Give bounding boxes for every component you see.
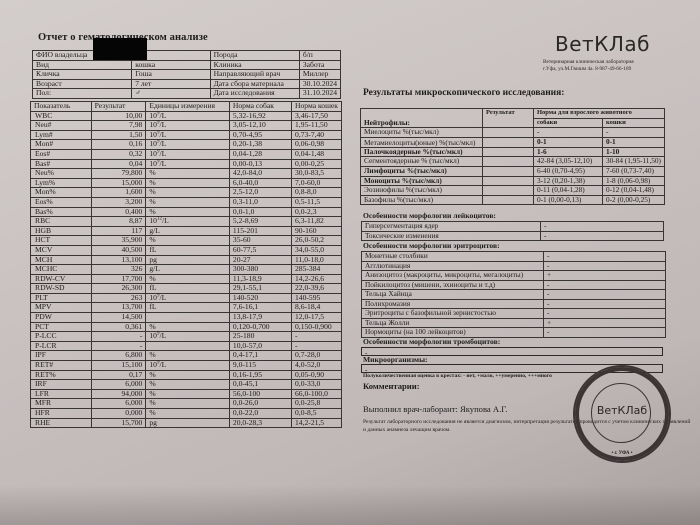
unit-base: % bbox=[149, 398, 155, 407]
dog-norm: - bbox=[533, 128, 602, 138]
lab-logo: ВетКЛаб bbox=[555, 32, 650, 56]
unit: % bbox=[146, 274, 230, 284]
cat-norm: 30,0-83,5 bbox=[292, 169, 342, 179]
result-value: 6,000 bbox=[91, 380, 146, 390]
micro-row: Метамиелоциты(юные) %(тыс/мкл)0-10-1 bbox=[361, 137, 665, 147]
dog-norm: 13,8-17,9 bbox=[229, 313, 291, 323]
morphology-value: - bbox=[541, 231, 664, 241]
unit-tail: /L bbox=[159, 149, 166, 158]
cell-result bbox=[482, 195, 533, 205]
dog-norm: 29,1-55,1 bbox=[229, 284, 291, 294]
table-row: Eos%3,200%0,3-11,00,5-11,5 bbox=[31, 197, 342, 207]
cell-type: Метамиелоциты(юные) %(тыс/мкл) bbox=[361, 137, 483, 147]
dog-norm: 0-11 (0,04-1,28) bbox=[533, 186, 602, 196]
unit-tail: /L bbox=[159, 293, 166, 302]
unit: 109/L bbox=[146, 159, 230, 169]
unit-base: 10 bbox=[149, 130, 157, 139]
cat-norm: 26,0-50,2 bbox=[292, 236, 342, 246]
dog-norm: 20,0-28,3 bbox=[229, 418, 291, 428]
micro-row: Базофилы %(тыс/мкл)0-1 (0,00-0,13)0-2 (0… bbox=[361, 195, 665, 205]
table-row: Neu%79,800%42,0-84,030,0-83,5 bbox=[31, 169, 342, 179]
result-value: 35,900 bbox=[91, 236, 146, 246]
info-row: Пол:♂Дата исследования31.10.2024 bbox=[33, 89, 341, 99]
indicator-name: HCT bbox=[31, 236, 92, 246]
cat-norm: 0-12 (0,04-1,48) bbox=[602, 186, 664, 196]
lab-address: г.Уфа, ул.М.Гвишм 4а. 8-987-49-66-189 bbox=[543, 66, 634, 73]
unit-base: % bbox=[149, 207, 155, 216]
cat-norm: 285-384 bbox=[292, 265, 342, 275]
platelet-morphology-title: Особенности морфологии тромбоцитов: bbox=[363, 337, 500, 346]
lab-subtitle-line1: Ветеринарная клиническая лаборатория bbox=[543, 59, 634, 66]
cell-result bbox=[482, 186, 533, 196]
logo-text: ВетКЛаб bbox=[555, 32, 650, 56]
cell-type: Базофилы %(тыс/мкл) bbox=[361, 195, 483, 205]
unit: 109/L bbox=[146, 293, 230, 303]
info-value: Гоша bbox=[132, 70, 210, 80]
cell-type: Миелоциты %(тыс/мкл) bbox=[361, 128, 483, 138]
morphology-value: - bbox=[544, 280, 666, 290]
erythrocyte-morphology-table: Монетные столбики-Агглютинация-Анизоцито… bbox=[361, 251, 666, 338]
result-value: 0,32 bbox=[91, 149, 146, 159]
indicator-name: Eos% bbox=[31, 197, 92, 207]
morphology-feature: Анизоцитоз (макроциты, микроциты, мегало… bbox=[362, 271, 544, 281]
indicator-name: PDW bbox=[31, 313, 92, 323]
unit: % bbox=[146, 178, 230, 188]
morphology-value: - bbox=[544, 290, 666, 300]
cat-norm: 0,150-0,900 bbox=[292, 322, 342, 332]
header-result: Результат bbox=[91, 102, 146, 112]
unit-tail: /L bbox=[162, 216, 169, 225]
cat-norm: 0-1 bbox=[602, 137, 664, 147]
unit: % bbox=[146, 409, 230, 419]
dog-norm: 42,0-84,0 bbox=[229, 169, 291, 179]
table-row: MCV40,500fL60-77,534,0-55,0 bbox=[31, 245, 342, 255]
unit: g/L bbox=[146, 226, 230, 236]
table-row: RDW-SD26,300fL29,1-55,122,0-39,6 bbox=[31, 284, 342, 294]
morphology-feature: Нормоциты (на 100 лейкоцитов) bbox=[362, 328, 544, 338]
unit-base: pg bbox=[149, 255, 157, 264]
table-header-row: Показатель Результат Единицы измерения Н… bbox=[31, 102, 342, 112]
info-value: ♂ bbox=[132, 89, 210, 99]
unit-base: % bbox=[149, 235, 155, 244]
morphology-feature: Монетные столбики bbox=[362, 252, 544, 262]
morphology-value: + bbox=[544, 271, 666, 281]
unit: % bbox=[146, 370, 230, 380]
unit: % bbox=[146, 380, 230, 390]
info-row: ВидкошкаКлиникаЗабота bbox=[33, 60, 341, 70]
table-row: Neu#7,98109/L3,05-12,101,95-11,50 bbox=[31, 121, 342, 131]
unit-base: 10 bbox=[149, 159, 157, 168]
info-label: Порода bbox=[210, 51, 299, 61]
morphology-row: Монетные столбики- bbox=[362, 252, 666, 262]
unit-base: g/L bbox=[149, 226, 160, 235]
unit-base: % bbox=[149, 322, 155, 331]
patient-info-table: ФИО владельцаПородаб/пВидкошкаКлиникаЗаб… bbox=[32, 50, 341, 99]
table-row: HCT35,900%35-6026,0-50,2 bbox=[31, 236, 342, 246]
morphology-feature: Токсические изменения bbox=[362, 231, 541, 241]
leukocyte-morphology-title: Особенности морфологии лейкоцитов: bbox=[363, 211, 496, 220]
indicator-name: MCV bbox=[31, 245, 92, 255]
micro-row: Миелоциты %(тыс/мкл)-- bbox=[361, 128, 665, 138]
microscopy-table: Нейтрофилы: Результат Норма для взрослог… bbox=[360, 108, 665, 205]
cat-norm: 0,04-1,48 bbox=[292, 149, 342, 159]
table-row: RET#15,100109/L9,0-1154,0-52,0 bbox=[31, 361, 342, 371]
indicator-name: HFR bbox=[31, 409, 92, 419]
morphology-feature: Эритроциты с базофильной зернистостью bbox=[362, 309, 544, 319]
unit-base: g/L bbox=[149, 264, 160, 273]
cat-norm: 0,0-8,5 bbox=[292, 409, 342, 419]
unit bbox=[146, 341, 230, 351]
header-neutrophils: Нейтрофилы: bbox=[361, 109, 483, 128]
dog-norm: 0-1 bbox=[533, 137, 602, 147]
unit: g/L bbox=[146, 265, 230, 275]
dog-norm: 60-77,5 bbox=[229, 245, 291, 255]
table-row: Mon%1,600%2,5-12,00,8-8,0 bbox=[31, 188, 342, 198]
cat-norm: 0,8-8,0 bbox=[292, 188, 342, 198]
info-value: 31.10.2024 bbox=[299, 89, 340, 99]
cell-result bbox=[482, 128, 533, 138]
header-cat-norm: Норма кошек bbox=[292, 102, 342, 112]
result-value: 3,200 bbox=[91, 197, 146, 207]
unit: % bbox=[146, 169, 230, 179]
result-value: 8,87 bbox=[91, 217, 146, 227]
unit-tail: /L bbox=[159, 130, 166, 139]
table-row: HFR0,000%0,0-22,00,0-8,5 bbox=[31, 409, 342, 419]
unit-base: 10 bbox=[149, 293, 157, 302]
indicator-name: Eos# bbox=[31, 149, 92, 159]
erythrocyte-morphology-title: Особенности морфологии эритроцитов: bbox=[363, 241, 500, 250]
result-value: 14,500 bbox=[91, 313, 146, 323]
cat-norm: 22,0-39,6 bbox=[292, 284, 342, 294]
cat-norm: 34,0-55,0 bbox=[292, 245, 342, 255]
unit: 109/L bbox=[146, 149, 230, 159]
morphology-row: Эритроциты с базофильной зернистостью- bbox=[362, 309, 666, 319]
cat-norm: - bbox=[292, 332, 342, 342]
info-label: Кличка bbox=[33, 70, 132, 80]
unit-base: % bbox=[149, 370, 155, 379]
result-value: 40,500 bbox=[91, 245, 146, 255]
cat-norm: 1,95-11,50 bbox=[292, 121, 342, 131]
cat-norm: 6,3-11,82 bbox=[292, 217, 342, 227]
unit: % bbox=[146, 188, 230, 198]
dog-norm: 0-1 (0,00-0,13) bbox=[533, 195, 602, 205]
unit: fL bbox=[146, 303, 230, 313]
result-value: 0,361 bbox=[91, 322, 146, 332]
morphology-feature: Тельца Хайнца bbox=[362, 290, 544, 300]
page-shadow bbox=[0, 485, 700, 525]
redacted-owner-name bbox=[93, 38, 147, 60]
dog-norm: 9,0-115 bbox=[229, 361, 291, 371]
unit-tail: /L bbox=[159, 111, 166, 120]
unit: fL bbox=[146, 284, 230, 294]
cell-result bbox=[482, 176, 533, 186]
stamp-logo-text: ВетКЛаб bbox=[575, 404, 669, 417]
dog-norm: 6-40 (0,70-4,95) bbox=[533, 166, 602, 176]
morphology-row: Токсические изменения- bbox=[362, 231, 664, 241]
info-row: ФИО владельцаПородаб/п bbox=[33, 51, 341, 61]
unit-base: pg bbox=[149, 418, 157, 427]
micro-header-row-1: Нейтрофилы: Результат Норма для взрослог… bbox=[361, 109, 665, 119]
dog-norm: 0,04-1,28 bbox=[229, 149, 291, 159]
cat-norm: 7-60 (0,73-7,40) bbox=[602, 166, 664, 176]
morphology-feature: Гиперсегментация ядер bbox=[362, 222, 541, 232]
lab-stamp: ВетКЛаб • г. УФА • bbox=[573, 365, 671, 463]
header-norm: Норма для взрослого животного bbox=[533, 109, 664, 119]
indicator-name: MCHC bbox=[31, 265, 92, 275]
table-row: Eos#0,32109/L0,04-1,280,04-1,48 bbox=[31, 149, 342, 159]
unit: % bbox=[146, 236, 230, 246]
cat-norm: 0-2 (0,00-0,25) bbox=[602, 195, 664, 205]
morphology-value: - bbox=[544, 309, 666, 319]
result-value: 326 bbox=[91, 265, 146, 275]
dog-norm: 5,2-8,69 bbox=[229, 217, 291, 227]
unit-base: % bbox=[149, 168, 155, 177]
unit-tail: /L bbox=[159, 120, 166, 129]
morphology-row: Тельца Хайнца- bbox=[362, 290, 666, 300]
unit-base: fL bbox=[149, 245, 156, 254]
unit-base: 10 bbox=[149, 111, 157, 120]
result-value: - bbox=[91, 332, 146, 342]
unit-base: 10 bbox=[149, 139, 157, 148]
table-row: PDW14,50013,8-17,912,0-17,5 bbox=[31, 313, 342, 323]
morphology-value: - bbox=[544, 261, 666, 271]
indicator-name: RET# bbox=[31, 361, 92, 371]
table-row: RHE15,700pg20,0-28,314,2-21,5 bbox=[31, 418, 342, 428]
result-value: 79,800 bbox=[91, 169, 146, 179]
unit-tail: /L bbox=[159, 139, 166, 148]
dog-norm: 0,0-22,0 bbox=[229, 409, 291, 419]
dog-norm: 2,5-12,0 bbox=[229, 188, 291, 198]
info-label: Дата исследования bbox=[210, 89, 299, 99]
morphology-value: - bbox=[544, 328, 666, 338]
result-value: 26,300 bbox=[91, 284, 146, 294]
unit: 109/L bbox=[146, 121, 230, 131]
morphology-value: - bbox=[544, 299, 666, 309]
cat-norm: 0,5-11,5 bbox=[292, 197, 342, 207]
unit-base: % bbox=[149, 379, 155, 388]
unit: % bbox=[146, 389, 230, 399]
dog-norm: 0,3-11,0 bbox=[229, 197, 291, 207]
unit-base: % bbox=[149, 274, 155, 283]
info-value: Миллер bbox=[299, 70, 340, 80]
dog-norm: 35-60 bbox=[229, 236, 291, 246]
leukocyte-morphology-table: Гиперсегментация ядер-Токсические измене… bbox=[361, 221, 664, 241]
cell-result bbox=[482, 137, 533, 147]
morphology-row: Гиперсегментация ядер- bbox=[362, 222, 664, 232]
info-value: 7 лет bbox=[132, 79, 210, 89]
unit-base: % bbox=[149, 389, 155, 398]
table-row: RBC8,871012/L5,2-8,696,3-11,82 bbox=[31, 217, 342, 227]
header-cats: кошки bbox=[602, 118, 664, 128]
comments-title: Комментарии: bbox=[363, 381, 420, 391]
result-value: 1,600 bbox=[91, 188, 146, 198]
hematology-results-table: Показатель Результат Единицы измерения Н… bbox=[30, 101, 342, 428]
report-page: Отчет о гематологическом анализе ФИО вла… bbox=[0, 0, 700, 525]
unit-base: % bbox=[149, 408, 155, 417]
cell-result bbox=[482, 157, 533, 167]
result-value: 15,100 bbox=[91, 361, 146, 371]
dog-norm: 25-180 bbox=[229, 332, 291, 342]
unit: % bbox=[146, 399, 230, 409]
result-value: 7,98 bbox=[91, 121, 146, 131]
indicator-name: Mon% bbox=[31, 188, 92, 198]
microscopy-title: Результаты микроскопического исследовани… bbox=[363, 88, 564, 98]
morphology-value: - bbox=[544, 252, 666, 262]
cat-norm: 14,2-21,5 bbox=[292, 418, 342, 428]
unit: 109/L bbox=[146, 332, 230, 342]
indicator-name: IRF bbox=[31, 380, 92, 390]
result-value: 0,000 bbox=[91, 409, 146, 419]
morphology-row: Нормоциты (на 100 лейкоцитов)- bbox=[362, 328, 666, 338]
info-label: Пол: bbox=[33, 89, 132, 99]
unit-tail: /L bbox=[159, 159, 166, 168]
header-units: Единицы измерения bbox=[146, 102, 230, 112]
micro-row: Эозинофилы %(тыс/мкл)0-11 (0,04-1,28)0-1… bbox=[361, 186, 665, 196]
morphology-value: - bbox=[541, 222, 664, 232]
cat-norm: 0,0-33,0 bbox=[292, 380, 342, 390]
morphology-row: Анизоцитоз (макроциты, микроциты, мегало… bbox=[362, 271, 666, 281]
cat-norm: 4,0-52,0 bbox=[292, 361, 342, 371]
header-dogs: собаки bbox=[533, 118, 602, 128]
microorganisms-title: Микроорганизмы: bbox=[363, 355, 428, 364]
indicator-name: Neu% bbox=[31, 169, 92, 179]
unit-base: 10 bbox=[149, 149, 157, 158]
cell-result bbox=[482, 166, 533, 176]
unit-base: 10 bbox=[149, 331, 157, 340]
unit-base: % bbox=[149, 350, 155, 359]
unit bbox=[146, 313, 230, 323]
lab-subtitle: Ветеринарная клиническая лаборатория г.У… bbox=[543, 59, 634, 73]
semiquant-note: Полуколичественная оценка в крестах: - н… bbox=[363, 373, 552, 379]
performer: Выполнил врач-лаборант: Якупова А.Г. bbox=[363, 404, 507, 414]
cat-norm: 12,0-17,5 bbox=[292, 313, 342, 323]
unit-base: % bbox=[149, 197, 155, 206]
unit: pg bbox=[146, 418, 230, 428]
unit: 109/L bbox=[146, 361, 230, 371]
header-indicator: Показатель bbox=[31, 102, 92, 112]
dog-norm: 3,05-12,10 bbox=[229, 121, 291, 131]
table-row: IRF6,000%0,0-45,10,0-33,0 bbox=[31, 380, 342, 390]
table-row: P-LCC-109/L25-180- bbox=[31, 332, 342, 342]
indicator-name: P-LCC bbox=[31, 332, 92, 342]
morphology-value: + bbox=[544, 318, 666, 328]
unit: % bbox=[146, 207, 230, 217]
indicator-name: RDW-SD bbox=[31, 284, 92, 294]
unit-base: 10 bbox=[149, 216, 157, 225]
unit-tail: /L bbox=[159, 360, 166, 369]
unit-base: 10 bbox=[149, 120, 157, 129]
dog-norm: 300-380 bbox=[229, 265, 291, 275]
unit: % bbox=[146, 197, 230, 207]
info-value: б/п bbox=[299, 51, 340, 61]
indicator-name: RHE bbox=[31, 418, 92, 428]
unit-base: fL bbox=[149, 302, 156, 311]
info-row: Возраст7 летДата сбора материала30.10.20… bbox=[33, 79, 341, 89]
cell-result bbox=[482, 147, 533, 157]
cat-norm: - bbox=[602, 128, 664, 138]
unit-base: % bbox=[149, 187, 155, 196]
result-value: 15,700 bbox=[91, 418, 146, 428]
indicator-name: Neu# bbox=[31, 121, 92, 131]
dog-norm: 0,0-45,1 bbox=[229, 380, 291, 390]
unit-base: fL bbox=[149, 283, 156, 292]
unit-tail: /L bbox=[159, 331, 166, 340]
indicator-name: RBC bbox=[31, 217, 92, 227]
info-row: КличкаГошаНаправляющий врачМиллер bbox=[33, 70, 341, 80]
info-label: Направляющий врач bbox=[210, 70, 299, 80]
unit: fL bbox=[146, 245, 230, 255]
table-row: MCHC326g/L300-380285-384 bbox=[31, 265, 342, 275]
header-result: Результат bbox=[482, 109, 533, 128]
cell-type: Эозинофилы %(тыс/мкл) bbox=[361, 186, 483, 196]
stamp-city-text: • г. УФА • bbox=[575, 451, 669, 456]
unit-base: % bbox=[149, 178, 155, 187]
cell-type: Лимфоциты %(тыс/мкл) bbox=[361, 166, 483, 176]
micro-row: Лимфоциты %(тыс/мкл)6-40 (0,70-4,95)7-60… bbox=[361, 166, 665, 176]
header-dog-norm: Норма собак bbox=[229, 102, 291, 112]
unit-base: 10 bbox=[149, 360, 157, 369]
